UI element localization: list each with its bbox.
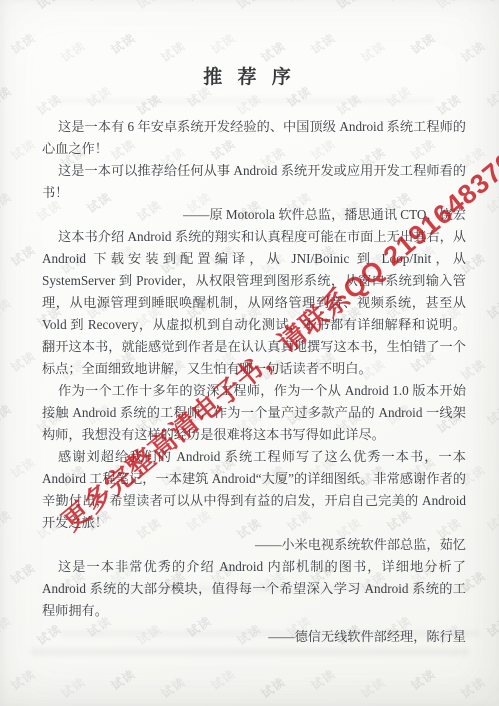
trial-watermark: 试读 [133, 90, 164, 119]
trial-watermark: 试读 [407, 29, 438, 58]
trial-watermark: 试读 [483, 506, 499, 535]
trial-watermark: 试读 [7, 665, 38, 694]
trial-watermark: 试读 [0, 188, 15, 217]
preface-content: 这是一本有 6 年安卓系统开发经验的、中国顶级 Android 系统工程师的心血… [42, 116, 466, 648]
trial-watermark: 试读 [7, 453, 38, 482]
paragraph-book-detail: 这本书介绍 Android 系统的翔实和认真程度可能在市面上无出其右，从 And… [42, 226, 466, 380]
trial-watermark: 试读 [483, 294, 499, 323]
paragraph-thanks: 感谢刘超给我们的 Android 系统工程师写了这么优秀一本书，一本 Andoi… [42, 446, 466, 534]
signature-dexin: ——德信无线软件部经理，陈行星 [42, 626, 466, 648]
trial-watermark: 试读 [407, 665, 438, 694]
trial-watermark: 试读 [283, 0, 314, 5]
scan-artifact [30, 648, 470, 656]
trial-watermark: 试读 [133, 0, 164, 13]
trial-watermark: 试读 [207, 665, 238, 694]
trial-watermark: 试读 [483, 0, 499, 5]
trial-watermark: 试读 [183, 0, 214, 5]
trial-watermark: 试读 [0, 506, 15, 535]
trial-watermark: 试读 [7, 29, 38, 58]
opening-line-2: 这是一本可以推荐给任何从事 Android 系统开发或应用开发工程师看的书！ [42, 160, 466, 204]
trial-watermark: 试读 [157, 673, 188, 702]
trial-watermark: 试读 [483, 188, 499, 217]
trial-watermark: 试读 [233, 90, 264, 119]
trial-watermark: 试读 [233, 0, 264, 13]
trial-watermark: 试读 [107, 665, 138, 694]
trial-watermark: 试读 [0, 0, 15, 5]
paragraph-author-experience: 作为一个工作十多年的资深工程师，作为一个从 Android 1.0 版本开始接触… [42, 380, 466, 446]
trial-watermark: 试读 [483, 612, 499, 641]
trial-watermark: 试读 [107, 29, 138, 58]
trial-watermark: 试读 [433, 0, 464, 13]
trial-watermark: 试读 [7, 559, 38, 588]
signature-xiaomi: ——小米电视系统软件部总监，茹忆 [42, 534, 466, 556]
scanned-book-page: 试读试读试读试读试读试读试读试读试读试读试读试读试读试读试读试读试读试读试读试读… [0, 0, 499, 706]
trial-watermark: 试读 [33, 0, 64, 13]
trial-watermark: 试读 [207, 29, 238, 58]
trial-watermark: 试读 [307, 29, 338, 58]
trial-watermark: 试读 [7, 241, 38, 270]
trial-watermark: 试读 [257, 673, 288, 702]
trial-watermark: 试读 [57, 673, 88, 702]
page-title: 推 荐 序 [0, 62, 499, 89]
trial-watermark: 试读 [307, 665, 338, 694]
trial-watermark: 试读 [0, 400, 15, 429]
trial-watermark: 试读 [333, 0, 364, 13]
trial-watermark: 试读 [433, 90, 464, 119]
trial-watermark: 试读 [457, 673, 488, 702]
trial-watermark: 试读 [483, 400, 499, 429]
trial-watermark: 试读 [7, 135, 38, 164]
paragraph-closing: 这是一本非常优秀的介绍 Android 内部机制的图书，详细地分析了 Andro… [42, 556, 466, 622]
scan-artifact [55, 98, 435, 104]
trial-watermark: 试读 [33, 90, 64, 119]
trial-watermark: 试读 [383, 0, 414, 5]
trial-watermark: 试读 [0, 612, 15, 641]
opening-line-1: 这是一本有 6 年安卓系统开发经验的、中国顶级 Android 系统工程师的心血… [42, 116, 466, 160]
signature-motorola: ——原 Motorola 软件总监，播思通讯 CTO，饶宏 [42, 204, 466, 226]
trial-watermark: 试读 [0, 294, 15, 323]
trial-watermark: 试读 [357, 673, 388, 702]
trial-watermark: 试读 [333, 90, 364, 119]
trial-watermark: 试读 [7, 347, 38, 376]
trial-watermark: 试读 [83, 0, 114, 5]
